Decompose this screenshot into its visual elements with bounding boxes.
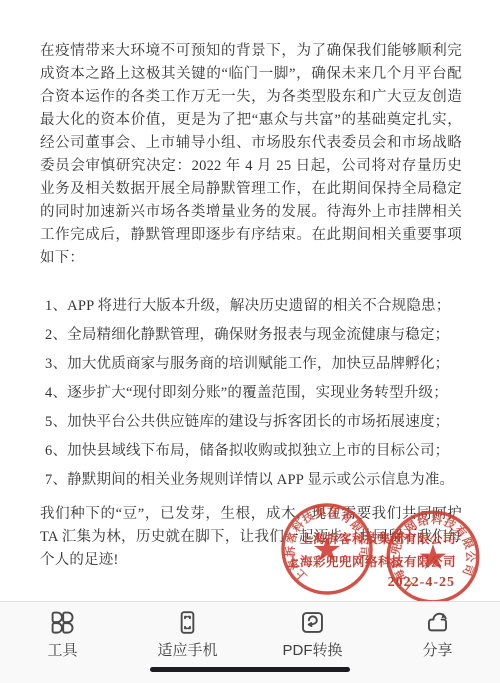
document-page: 在疫情带来大环境不可预知的背景下，为了确保我们能够顺利完成资本之路上这极其关键的…	[0, 0, 500, 601]
tools-label: 工具	[47, 639, 77, 660]
pdf-convert-icon	[299, 609, 326, 636]
document-closing-paragraph: 我们种下的“豆”，已发芽，生根，成木，现在需要我们共同呵护 TA 汇集为林，历史…	[40, 503, 462, 572]
document-body: 在疫情带来大环境不可预知的背景下，为了确保我们能够顺利完成资本之路上这极其关键的…	[0, 0, 500, 572]
list-item: 5、加快平台公共供应链库的建设与拆客团长的市场拓展速度；	[40, 408, 462, 437]
list-item: 6、加快县域线下布局，储备拟收购或拟独立上市的目标公司；	[40, 437, 462, 466]
signature-date: 2022-4-25	[388, 575, 455, 591]
grid-icon	[49, 609, 76, 636]
tools-button[interactable]: 工具	[0, 602, 125, 683]
list-item: 7、静默期间的相关业务规则详情以 APP 显示或公示信息为准。	[40, 466, 462, 495]
share-button[interactable]: 分享	[375, 602, 500, 683]
list-item: 3、加大优质商家与服务商的培训赋能工作，加快豆品牌孵化；	[40, 350, 462, 379]
fit-phone-icon	[174, 609, 201, 636]
list-item: 2、全局精细化静默管理，确保财务报表与现金流健康与稳定；	[40, 321, 462, 350]
fit-to-phone-label: 适应手机	[157, 639, 217, 660]
home-indicator-bar[interactable]	[150, 667, 350, 672]
pdf-convert-label: PDF转换	[282, 639, 342, 660]
document-paragraph: 在疫情带来大环境不可预知的背景下，为了确保我们能够顺利完成资本之路上这极其关键的…	[40, 40, 462, 270]
share-label: 分享	[422, 639, 452, 660]
document-list: 1、APP 将进行大版本升级，解决历史遗留的相关不合规隐患； 2、全局精细化静默…	[40, 292, 462, 495]
list-item: 1、APP 将进行大版本升级，解决历史遗留的相关不合规隐患；	[40, 292, 462, 321]
share-icon	[424, 609, 451, 636]
list-item: 4、逐步扩大“现付即刻分账”的覆盖范围，实现业务转型升级；	[40, 379, 462, 408]
